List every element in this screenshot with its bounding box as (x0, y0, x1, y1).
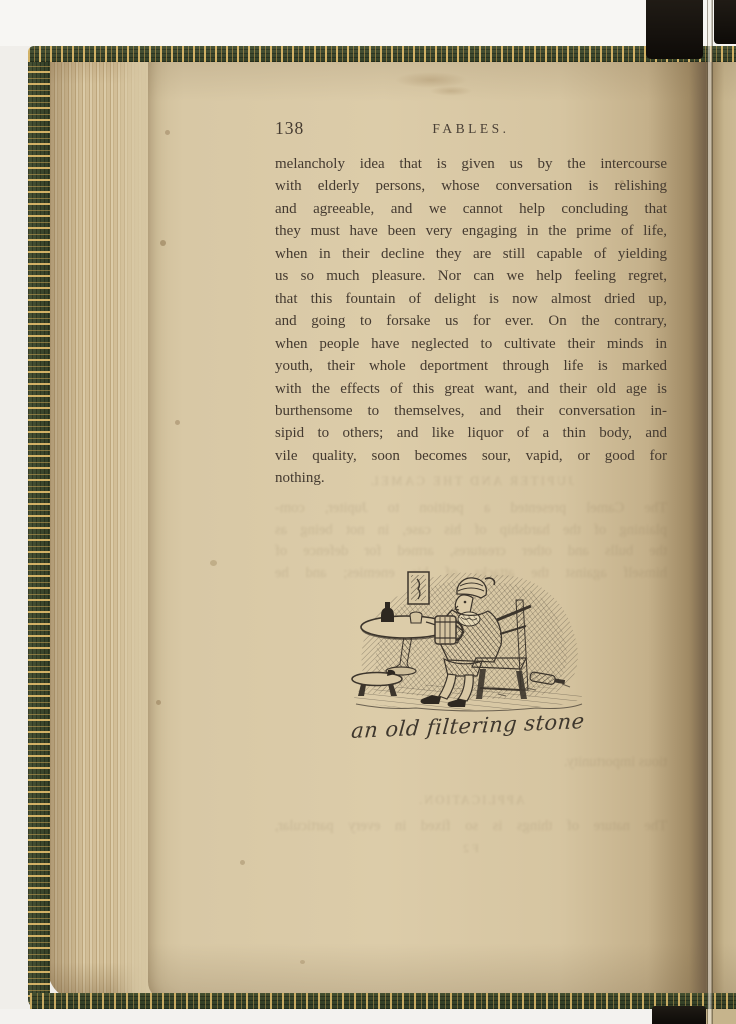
page-stack-edges (48, 56, 152, 1000)
page-stain (300, 960, 305, 964)
book-page: 138 FABLES. melancholy idea that is give… (148, 54, 736, 1000)
book-strap-bottom (652, 1006, 706, 1024)
show-through-line: plaining of the hardship of his case, in… (275, 520, 667, 542)
page-number: 138 (275, 118, 304, 139)
book-strap-corner (714, 0, 736, 44)
stool (352, 670, 402, 696)
page-stain (165, 130, 170, 135)
text-line: melancholy idea that is given us by the … (275, 153, 667, 175)
page-stain (160, 240, 166, 246)
show-through-lower: tious importunity. APPLICATION. The natu… (275, 754, 667, 856)
page-stain (156, 700, 161, 705)
show-through-heading: JUPITER AND THE CAMEL (275, 474, 667, 489)
text-line: sipid to others; and like liquor of a th… (275, 422, 667, 444)
text-line: when people have neglected to cultivate … (275, 333, 667, 355)
text-line: vile quality, soon becomes sour, vapid, … (275, 445, 667, 467)
photo-background: 138 FABLES. melancholy idea that is give… (0, 0, 736, 1024)
text-line: that this fountain of delight is now alm… (275, 288, 667, 310)
book-cover-top-edge (28, 46, 736, 62)
page-stain (430, 86, 472, 96)
page-stain (175, 420, 180, 425)
running-title: FABLES. (275, 118, 667, 137)
engraving-illustration (348, 566, 588, 718)
text-line: us so much pleasure. Nor can we help fee… (275, 265, 667, 287)
text-line: with the effects of this great want, and… (275, 378, 667, 400)
text-line: youth, their whole deportment through li… (275, 355, 667, 377)
clear-strap-edge (707, 0, 713, 1024)
text-line: and agreeable, and we cannot help conclu… (275, 198, 667, 220)
book-cover-left-edge (28, 46, 50, 1009)
body-text: melancholy idea that is given us by the … (275, 153, 667, 490)
text-line: burthensome to themselves, and their con… (275, 400, 667, 422)
show-through-application: APPLICATION. (275, 793, 667, 808)
text-line: and going to forsake us for ever. On the… (275, 310, 667, 332)
page-stain (210, 560, 217, 566)
text-line: they must have been very engaging in the… (275, 220, 667, 242)
page-stain (240, 860, 245, 865)
show-through-line: the bulls and other creatures, armed for… (275, 541, 667, 563)
show-through-signature-mark: F 2 (275, 841, 667, 856)
show-through-line: The Camel presented a petition to Jupite… (275, 498, 667, 520)
text-line: when in their decline they are still cap… (275, 243, 667, 265)
show-through-line: The nature of things is so fixed in ever… (275, 818, 667, 835)
page-stain (620, 180, 624, 184)
white-margin-bottom (0, 1009, 660, 1024)
show-through-fragment: tious importunity. (275, 754, 667, 771)
wall-picture (408, 572, 429, 604)
running-head: 138 FABLES. (275, 118, 667, 142)
white-margin-top (0, 0, 736, 46)
book-cover-bottom-edge (30, 993, 736, 1009)
book-strap-top (646, 0, 703, 59)
text-line: with elderly persons, whose conversation… (275, 175, 667, 197)
